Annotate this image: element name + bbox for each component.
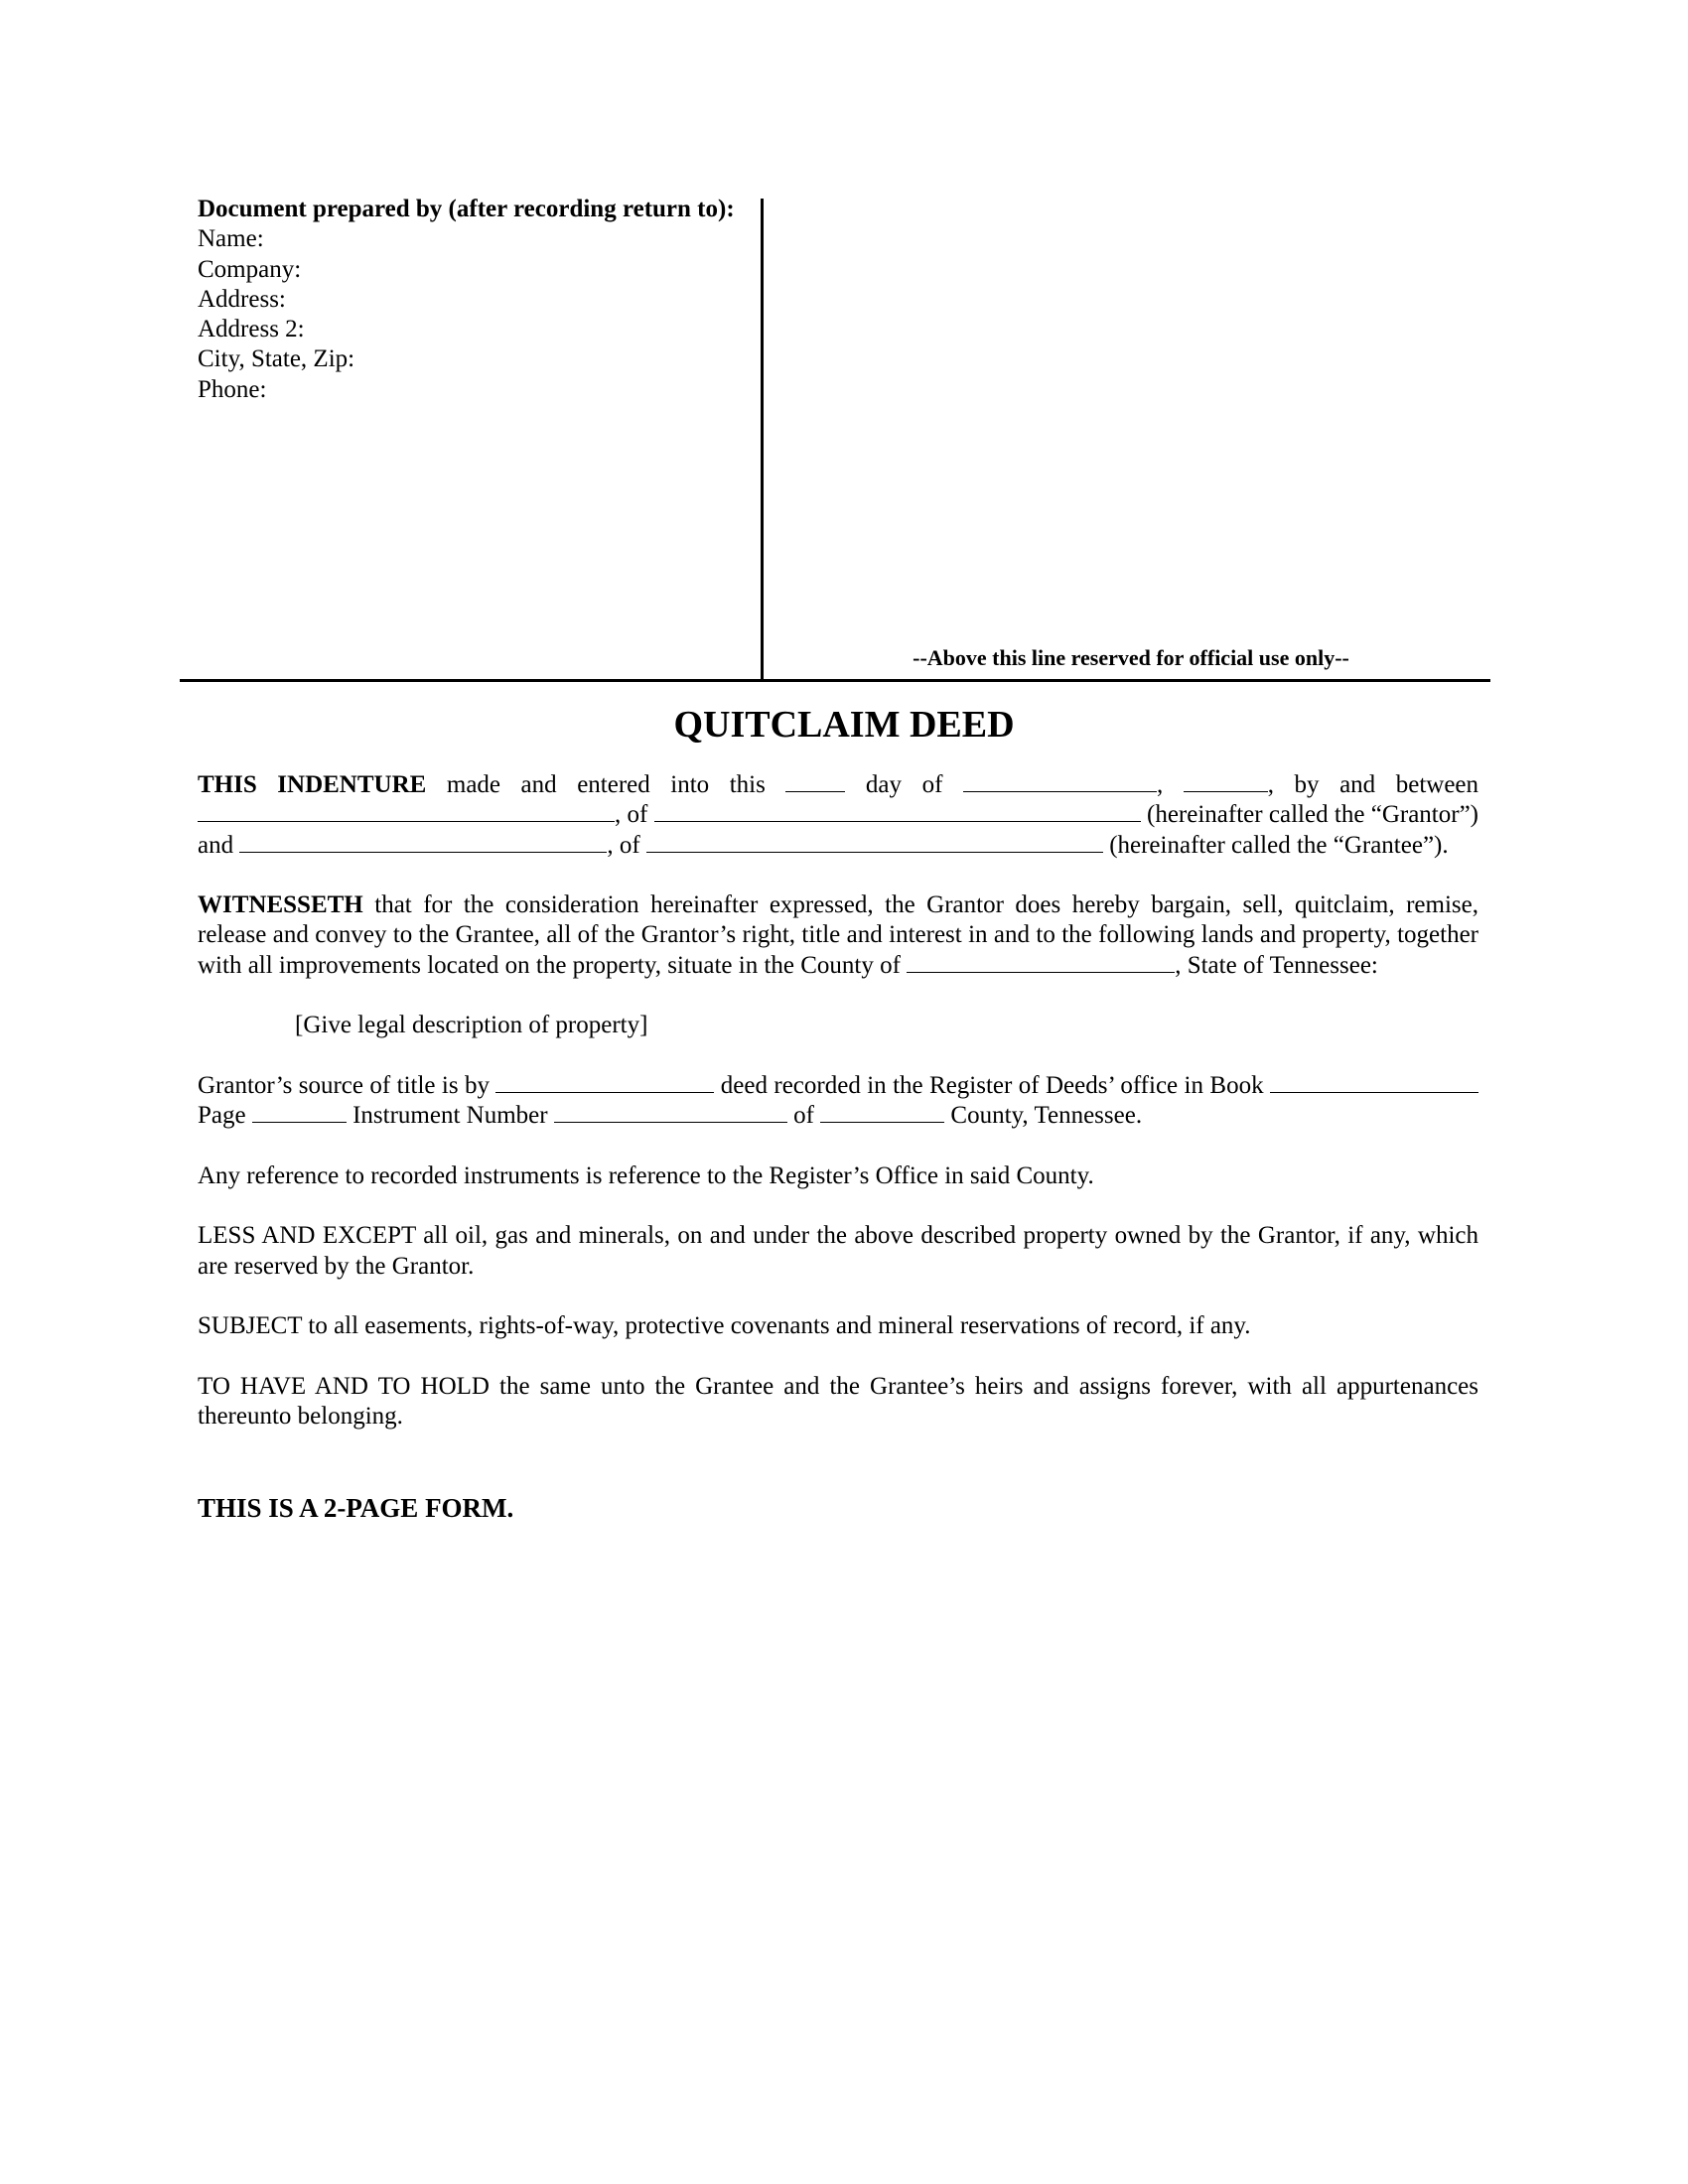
text: , State of Tennessee: (1175, 952, 1378, 979)
year-blank[interactable] (1184, 771, 1268, 792)
text: (hereinafter called the “Grantee”). (1103, 832, 1449, 859)
indenture-paragraph: THIS INDENTURE made and entered into thi… (198, 770, 1478, 861)
source-county-blank[interactable] (820, 1102, 944, 1123)
official-use-note: --Above this line reserved for official … (764, 645, 1498, 671)
witnesseth-paragraph: WITNESSETH that for the consideration he… (198, 890, 1478, 981)
grantee-name-blank[interactable] (239, 832, 607, 853)
reference-clause: Any reference to recorded instruments is… (198, 1161, 1478, 1191)
text: day of (845, 771, 963, 798)
preparer-address2-field: Address 2: (198, 315, 749, 344)
grantor-name-blank[interactable] (198, 801, 615, 822)
source-of-title-paragraph: Grantor’s source of title is by deed rec… (198, 1071, 1478, 1132)
indenture-lead: THIS INDENTURE (198, 771, 426, 798)
preparer-company-field: Company: (198, 255, 749, 285)
preparer-city-state-zip-field: City, State, Zip: (198, 344, 749, 374)
text: County, Tennessee. (944, 1102, 1142, 1129)
deed-body: THIS INDENTURE made and entered into thi… (198, 770, 1478, 1553)
preparer-heading: Document prepared by (after recording re… (198, 195, 749, 224)
grantor-address-blank[interactable] (654, 801, 1141, 822)
preparer-name-field: Name: (198, 224, 749, 254)
page-blank[interactable] (252, 1102, 347, 1123)
text: , of (615, 801, 654, 828)
text: of (787, 1102, 820, 1129)
less-and-except-clause: LESS AND EXCEPT all oil, gas and mineral… (198, 1221, 1478, 1282)
preparer-block: Document prepared by (after recording re… (198, 195, 749, 405)
preparer-address-field: Address: (198, 285, 749, 315)
book-blank[interactable] (1270, 1072, 1478, 1093)
page-count-note: THIS IS A 2-PAGE FORM. (198, 1493, 1478, 1523)
text: Grantor’s source of title is by (198, 1072, 495, 1099)
text: deed recorded in the Register of Deeds’ … (714, 1072, 1270, 1099)
document-title: QUITCLAIM DEED (0, 703, 1688, 747)
text: Page (198, 1102, 252, 1129)
text: Instrument Number (347, 1102, 554, 1129)
witnesseth-lead: WITNESSETH (198, 891, 363, 918)
subject-to-clause: SUBJECT to all easements, rights-of-way,… (198, 1311, 1478, 1341)
text: , of (607, 832, 646, 859)
instrument-number-blank[interactable] (554, 1102, 787, 1123)
habendum-clause: TO HAVE AND TO HOLD the same unto the Gr… (198, 1372, 1478, 1433)
deed-type-blank[interactable] (495, 1072, 714, 1093)
text: made and entered into this (426, 771, 785, 798)
county-blank[interactable] (907, 952, 1175, 973)
recording-divider-line (180, 679, 1490, 682)
month-blank[interactable] (963, 771, 1157, 792)
day-blank[interactable] (785, 771, 845, 792)
preparer-phone-field: Phone: (198, 375, 749, 405)
grantee-address-blank[interactable] (646, 832, 1103, 853)
vertical-divider (761, 199, 764, 679)
legal-description-placeholder: [Give legal description of property] (198, 1011, 1478, 1040)
text: , by and between (1268, 771, 1478, 798)
text: , (1157, 771, 1184, 798)
